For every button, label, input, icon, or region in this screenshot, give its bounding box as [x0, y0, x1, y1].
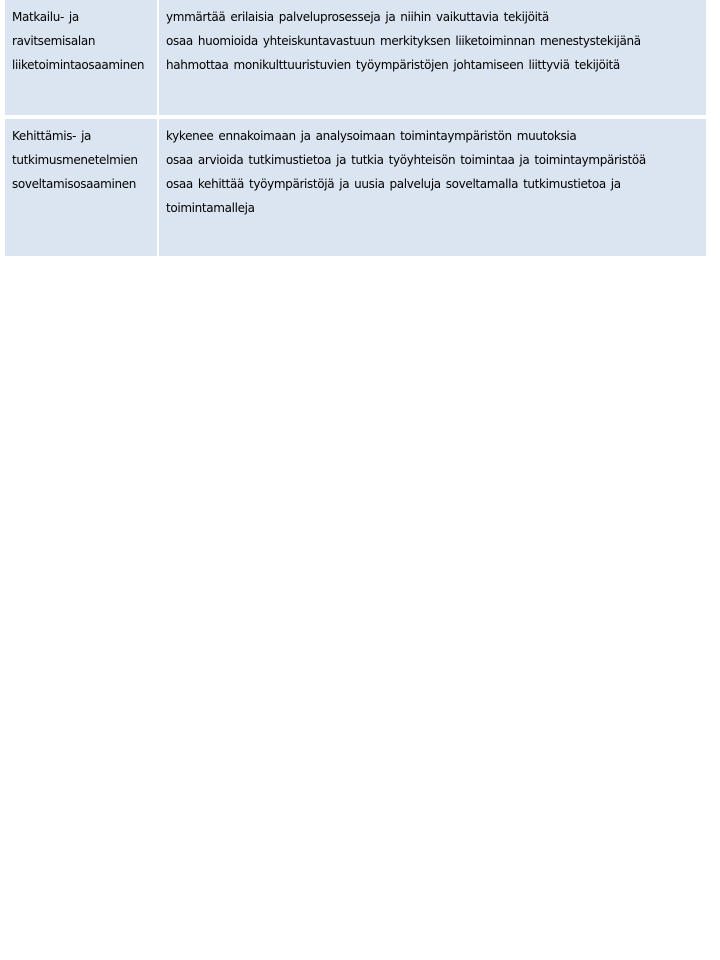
description-line: toimintamalleja — [166, 196, 706, 220]
competence-description-cell: kykenee ennakoimaan ja analysoimaan toim… — [159, 119, 706, 256]
competence-area-line: Matkailu- ja — [12, 5, 157, 29]
competence-area-line: tutkimusmenetelmien — [12, 148, 157, 172]
description-line: ymmärtää erilaisia palveluprosesseja ja … — [166, 5, 706, 29]
competence-table: Matkailu- ja ravitsemisalan liiketoimint… — [5, 0, 706, 256]
competence-area-line: soveltamisosaaminen — [12, 172, 157, 196]
description-line: hahmottaa monikulttuuristuvien työympäri… — [166, 53, 706, 77]
table-row: Kehittämis- ja tutkimusmenetelmien sovel… — [5, 119, 706, 256]
competence-area-line: liiketoimintaosaaminen — [12, 53, 157, 77]
description-line: osaa kehittää työympäristöjä ja uusia pa… — [166, 172, 706, 196]
description-line: osaa arvioida tutkimustietoa ja tutkia t… — [166, 148, 706, 172]
competence-area-line: ravitsemisalan — [12, 29, 157, 53]
competence-area-cell: Kehittämis- ja tutkimusmenetelmien sovel… — [5, 119, 157, 256]
competence-area-line: Kehittämis- ja — [12, 124, 157, 148]
competence-area-cell: Matkailu- ja ravitsemisalan liiketoimint… — [5, 0, 157, 115]
competence-description-cell: ymmärtää erilaisia palveluprosesseja ja … — [159, 0, 706, 115]
description-line: osaa huomioida yhteiskuntavastuun merkit… — [166, 29, 706, 53]
description-line: kykenee ennakoimaan ja analysoimaan toim… — [166, 124, 706, 148]
table-row: Matkailu- ja ravitsemisalan liiketoimint… — [5, 0, 706, 115]
